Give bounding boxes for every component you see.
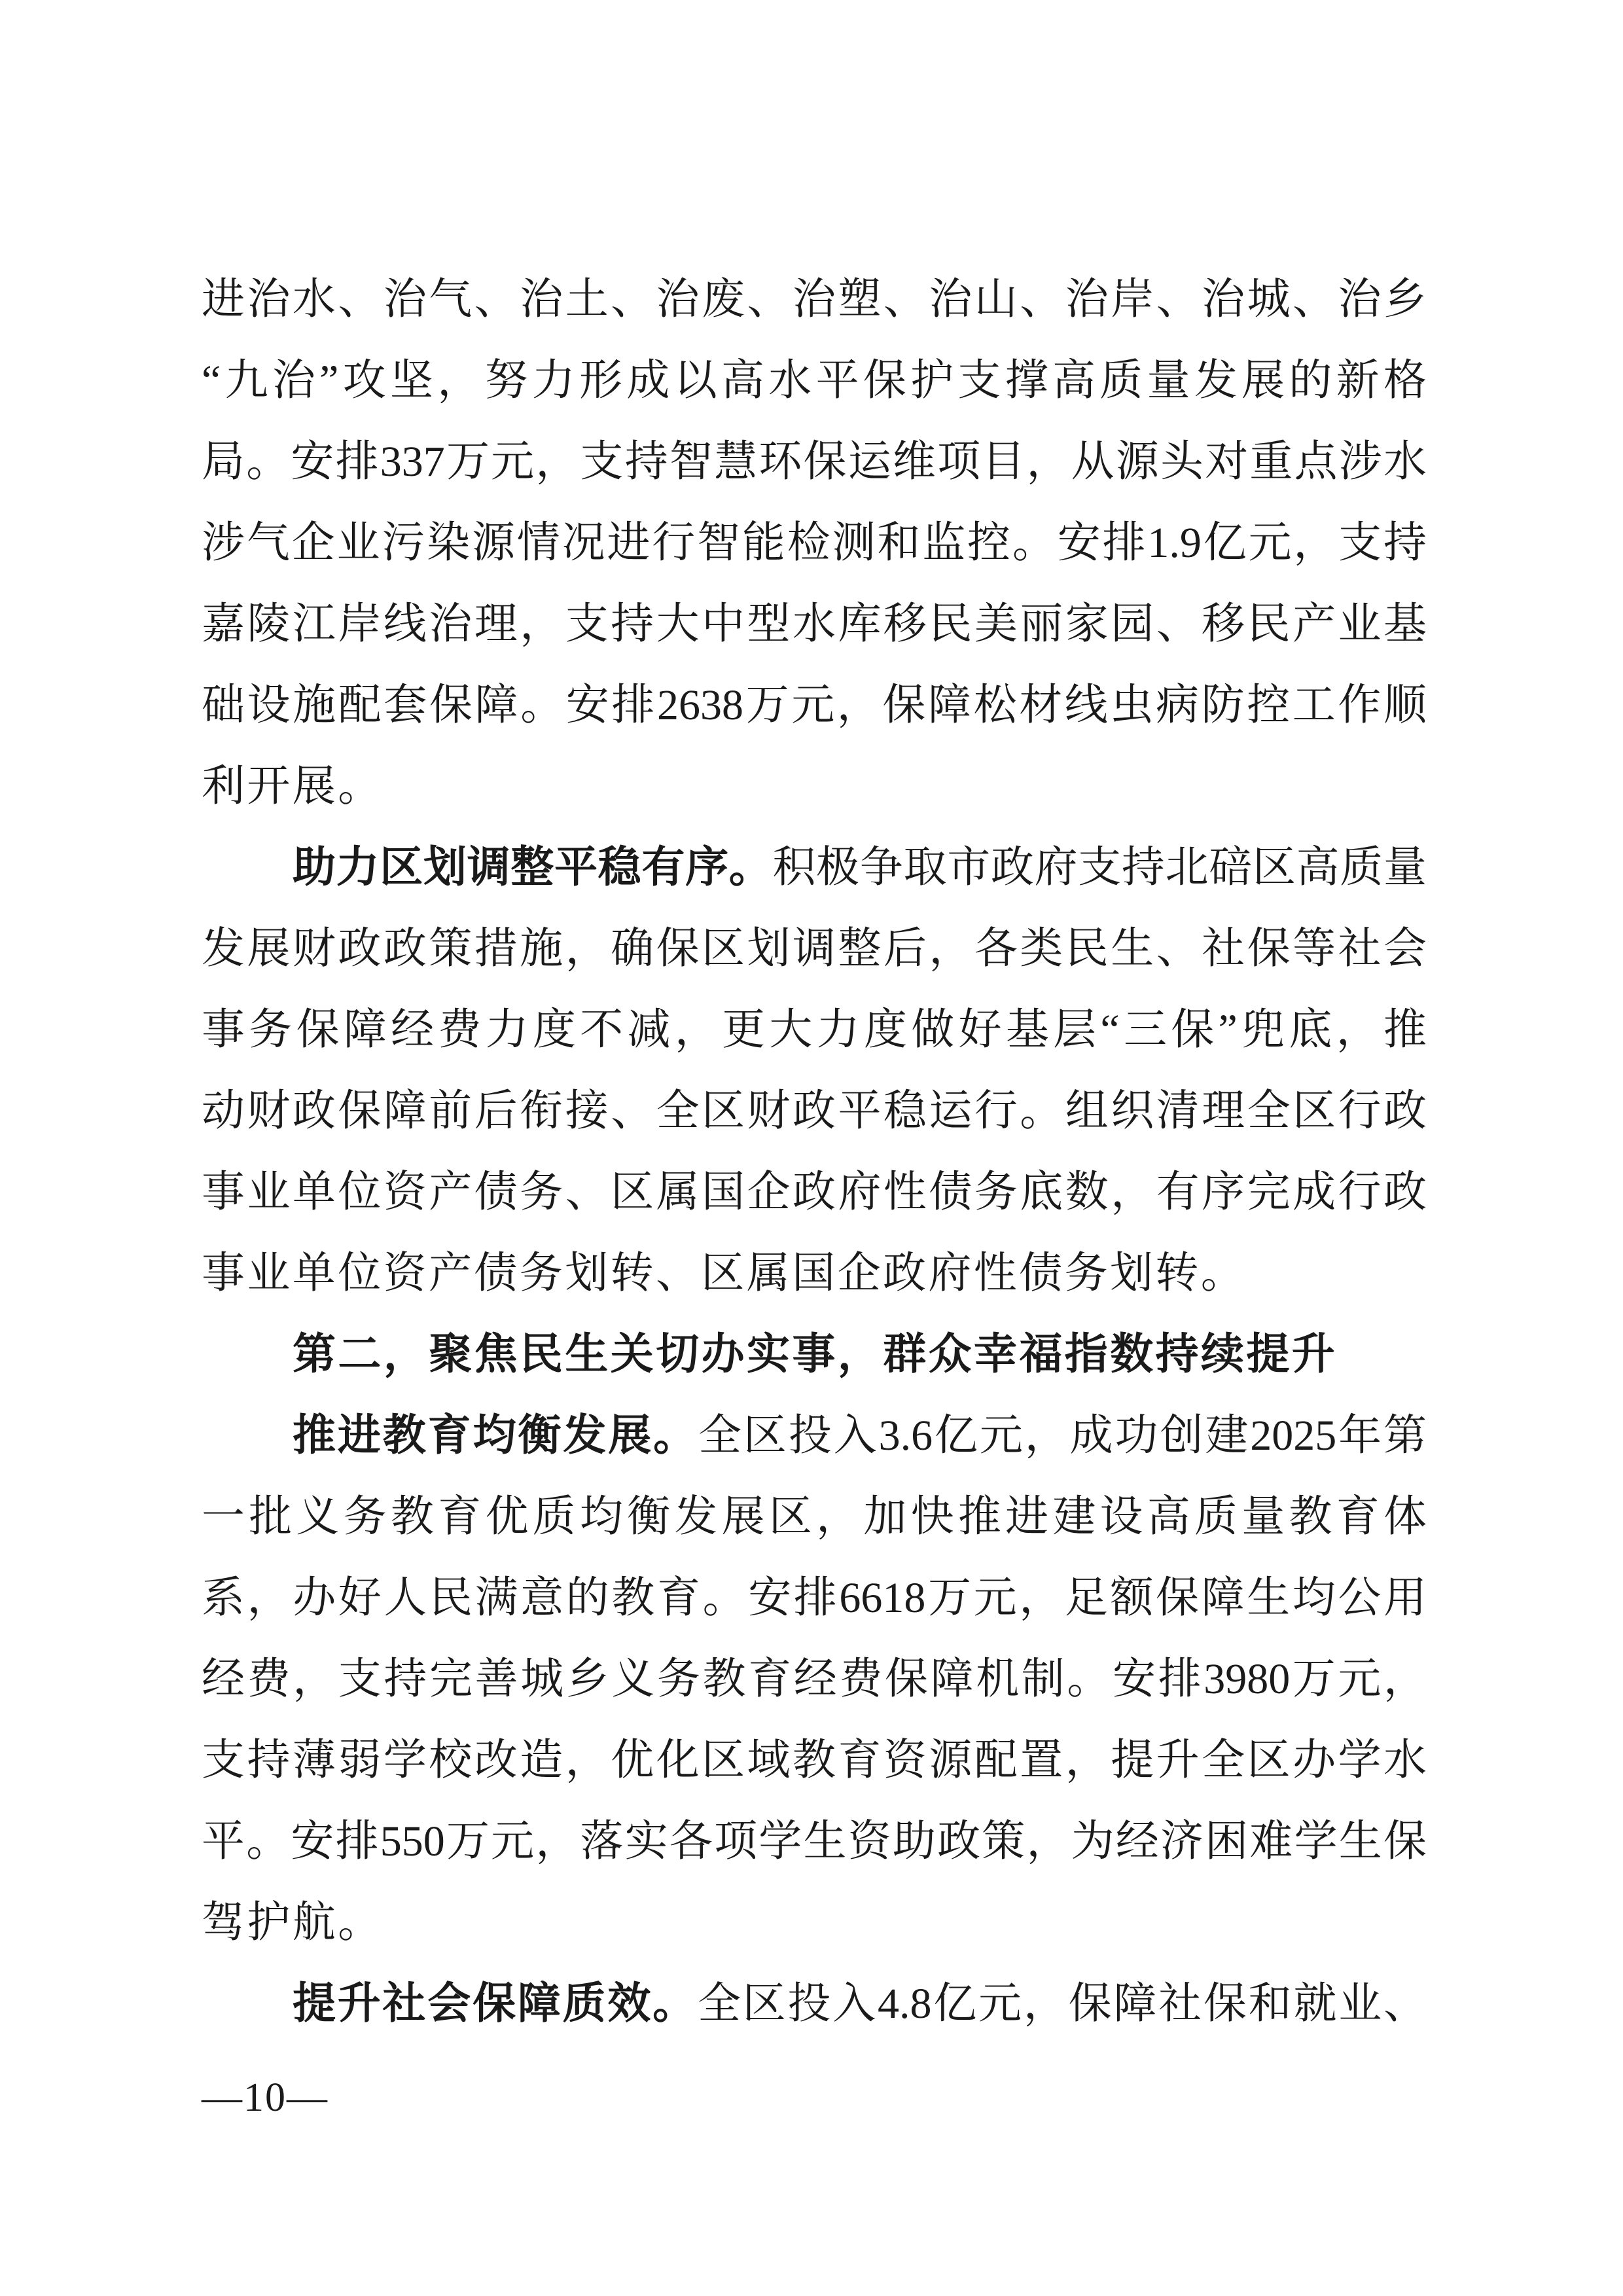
text-run: 利开展。 — [202, 762, 383, 810]
text-line: 推进教育均衡发展。全区投入3.6亿元，成功创建2025年第 — [202, 1395, 1427, 1477]
text-line: 事务保障经费力度不减，更大力度做好基层“三保”兜底，推 — [202, 990, 1427, 1071]
text-line: 第二，聚焦民生关切办实事，群众幸福指数持续提升 — [202, 1314, 1427, 1395]
text-run: 一批义务教育优质均衡发展区，加快推进建设高质量教育体 — [202, 1493, 1427, 1541]
text-run: 事务保障经费力度不减，更大力度做好基层“三保”兜底，推 — [202, 1006, 1427, 1054]
text-run: 事业单位资产债务划转、区属国企政府性债务划转。 — [202, 1249, 1246, 1297]
text-line: 经费，支持完善城乡义务教育经费保障机制。安排3980万元， — [202, 1639, 1427, 1720]
bold-text-run: 第二，聚焦民生关切办实事，群众幸福指数持续提升 — [293, 1331, 1337, 1378]
text-run: 涉气企业污染源情况进行智能检测和监控。安排1.9亿元，支持 — [202, 519, 1427, 567]
text-line: 发展财政政策措施，确保区划调整后，各类民生、社保等社会 — [202, 908, 1427, 990]
text-line: 事业单位资产债务划转、区属国企政府性债务划转。 — [202, 1233, 1427, 1314]
bold-text-run: 推进教育均衡发展。 — [293, 1412, 698, 1460]
text-line: 助力区划调整平稳有序。积极争取市政府支持北碚区高质量 — [202, 827, 1427, 908]
text-line: 局。安排337万元，支持智慧环保运维项目，从源头对重点涉水 — [202, 422, 1427, 503]
text-run: 积极争取市政府支持北碚区高质量 — [772, 844, 1427, 891]
document-body: 进治水、治气、治土、治废、治塑、治山、治岸、治城、治乡“九治”攻坚，努力形成以高… — [202, 259, 1427, 2045]
text-line: 平。安排550万元，落实各项学生资助政策，为经济困难学生保 — [202, 1801, 1427, 1882]
text-run: 支持薄弱学校改造，优化区域教育资源配置，提升全区办学水 — [202, 1736, 1427, 1784]
text-run: 事业单位资产债务、区属国企政府性债务底数，有序完成行政 — [202, 1168, 1427, 1216]
text-line: 支持薄弱学校改造，优化区域教育资源配置，提升全区办学水 — [202, 1720, 1427, 1801]
text-run: 发展财政政策措施，确保区划调整后，各类民生、社保等社会 — [202, 925, 1427, 973]
text-run: 进治水、治气、治土、治废、治塑、治山、治岸、治城、治乡 — [202, 276, 1427, 323]
text-run: 系，办好人民满意的教育。安排6618万元，足额保障生均公用 — [202, 1574, 1427, 1622]
page-number: —10— — [202, 2068, 329, 2127]
text-line: 事业单位资产债务、区属国企政府性债务底数，有序完成行政 — [202, 1152, 1427, 1233]
text-line: 一批义务教育优质均衡发展区，加快推进建设高质量教育体 — [202, 1477, 1427, 1558]
text-line: 驾护航。 — [202, 1882, 1427, 1964]
text-line: 动财政保障前后衔接、全区财政平稳运行。组织清理全区行政 — [202, 1071, 1427, 1152]
text-run: 动财政保障前后衔接、全区财政平稳运行。组织清理全区行政 — [202, 1087, 1427, 1135]
text-line: 利开展。 — [202, 746, 1427, 827]
text-run: 础设施配套保障。安排2638万元，保障松材线虫病防控工作顺 — [202, 681, 1427, 729]
text-line: “九治”攻坚，努力形成以高水平保护支撑高质量发展的新格 — [202, 340, 1427, 422]
text-line: 嘉陵江岸线治理，支持大中型水库移民美丽家园、移民产业基 — [202, 584, 1427, 665]
text-run: 局。安排337万元，支持智慧环保运维项目，从源头对重点涉水 — [202, 438, 1427, 486]
text-line: 涉气企业污染源情况进行智能检测和监控。安排1.9亿元，支持 — [202, 503, 1427, 584]
text-run: 嘉陵江岸线治理，支持大中型水库移民美丽家园、移民产业基 — [202, 600, 1427, 648]
bold-text-run: 提升社会保障质效。 — [293, 1980, 698, 2028]
text-line: 系，办好人民满意的教育。安排6618万元，足额保障生均公用 — [202, 1558, 1427, 1639]
text-run: 经费，支持完善城乡义务教育经费保障机制。安排3980万元， — [202, 1655, 1427, 1703]
document-page: 进治水、治气、治土、治废、治塑、治山、治岸、治城、治乡“九治”攻坚，努力形成以高… — [0, 0, 1623, 2296]
text-line: 进治水、治气、治土、治废、治塑、治山、治岸、治城、治乡 — [202, 259, 1427, 340]
text-run: 全区投入4.8亿元，保障社保和就业、 — [698, 1980, 1427, 2028]
text-run: 驾护航。 — [202, 1899, 383, 1946]
bold-text-run: 助力区划调整平稳有序。 — [293, 844, 772, 891]
text-run: 平。安排550万元，落实各项学生资助政策，为经济困难学生保 — [202, 1818, 1427, 1865]
text-run: 全区投入3.6亿元，成功创建2025年第 — [698, 1412, 1427, 1460]
text-run: “九治”攻坚，努力形成以高水平保护支撑高质量发展的新格 — [202, 357, 1427, 404]
text-line: 础设施配套保障。安排2638万元，保障松材线虫病防控工作顺 — [202, 665, 1427, 746]
text-line: 提升社会保障质效。全区投入4.8亿元，保障社保和就业、 — [202, 1964, 1427, 2045]
